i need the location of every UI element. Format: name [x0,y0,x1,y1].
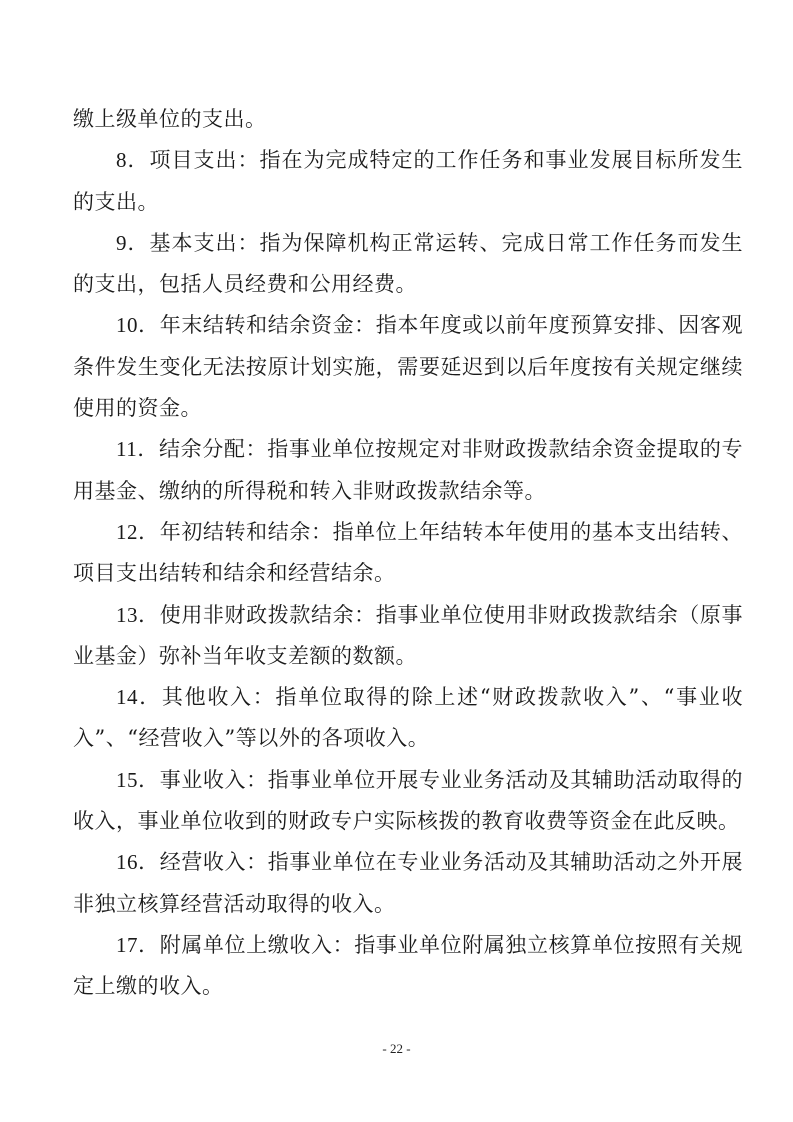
definition-item-8: 8．项目支出：指在为完成特定的工作任务和事业发展目标所发生的支出。 [73,140,743,223]
item-term: 年初结转和结余： [160,520,333,544]
definition-item-10: 10．年末结转和结余资金：指本年度或以前年度预算安排、因客观条件发生变化无法按原… [73,305,743,429]
item-term: 使用非财政拨款结余： [160,603,376,627]
item-term: 其他收入： [162,685,276,709]
item-number: 13． [116,603,160,627]
item-number: 16． [116,850,160,874]
item-term: 结余分配： [159,437,267,461]
definition-item-12: 12．年初结转和结余：指单位上年结转本年使用的基本支出结转、项目支出结转和结余和… [73,512,743,595]
item-term: 年末结转和结余资金： [160,313,376,337]
item-number: 10． [116,313,160,337]
definition-item-11: 11．结余分配：指事业单位按规定对非财政拨款结余资金提取的专用基金、缴纳的所得税… [73,429,743,512]
item-number: 17． [116,933,160,957]
item-number: 12． [116,520,160,544]
definition-item-14: 14．其他收入：指单位取得的除上述“财政拨款收入”、“事业收入”、“经营收入”等… [73,677,743,760]
definition-item-16: 16．经营收入：指事业单位在专业业务活动及其辅助活动之外开展非独立核算经营活动取… [73,842,743,925]
document-body: 缴上级单位的支出。 8．项目支出：指在为完成特定的工作任务和事业发展目标所发生的… [73,99,743,1008]
item-number: 15． [116,768,160,792]
item-term: 附属单位上缴收入： [160,933,354,957]
definition-item-17: 17．附属单位上缴收入：指事业单位附属独立核算单位按照有关规定上缴的收入。 [73,925,743,1008]
item-term: 基本支出： [150,231,260,255]
item-term: 经营收入： [160,850,268,874]
continuation-paragraph: 缴上级单位的支出。 [73,99,743,140]
definition-item-13: 13．使用非财政拨款结余：指事业单位使用非财政拨款结余（原事业基金）弥补当年收支… [73,595,743,678]
item-term: 项目支出： [150,148,260,172]
item-number: 14． [116,685,162,709]
item-number: 8． [116,148,150,172]
item-number: 11． [116,437,159,461]
item-term: 事业收入： [160,768,268,792]
item-number: 9． [116,231,150,255]
page-number: - 22 - [0,1041,793,1057]
definition-item-15: 15．事业收入：指事业单位开展专业业务活动及其辅助活动取得的收入，事业单位收到的… [73,760,743,843]
definition-item-9: 9．基本支出：指为保障机构正常运转、完成日常工作任务而发生的支出，包括人员经费和… [73,223,743,306]
